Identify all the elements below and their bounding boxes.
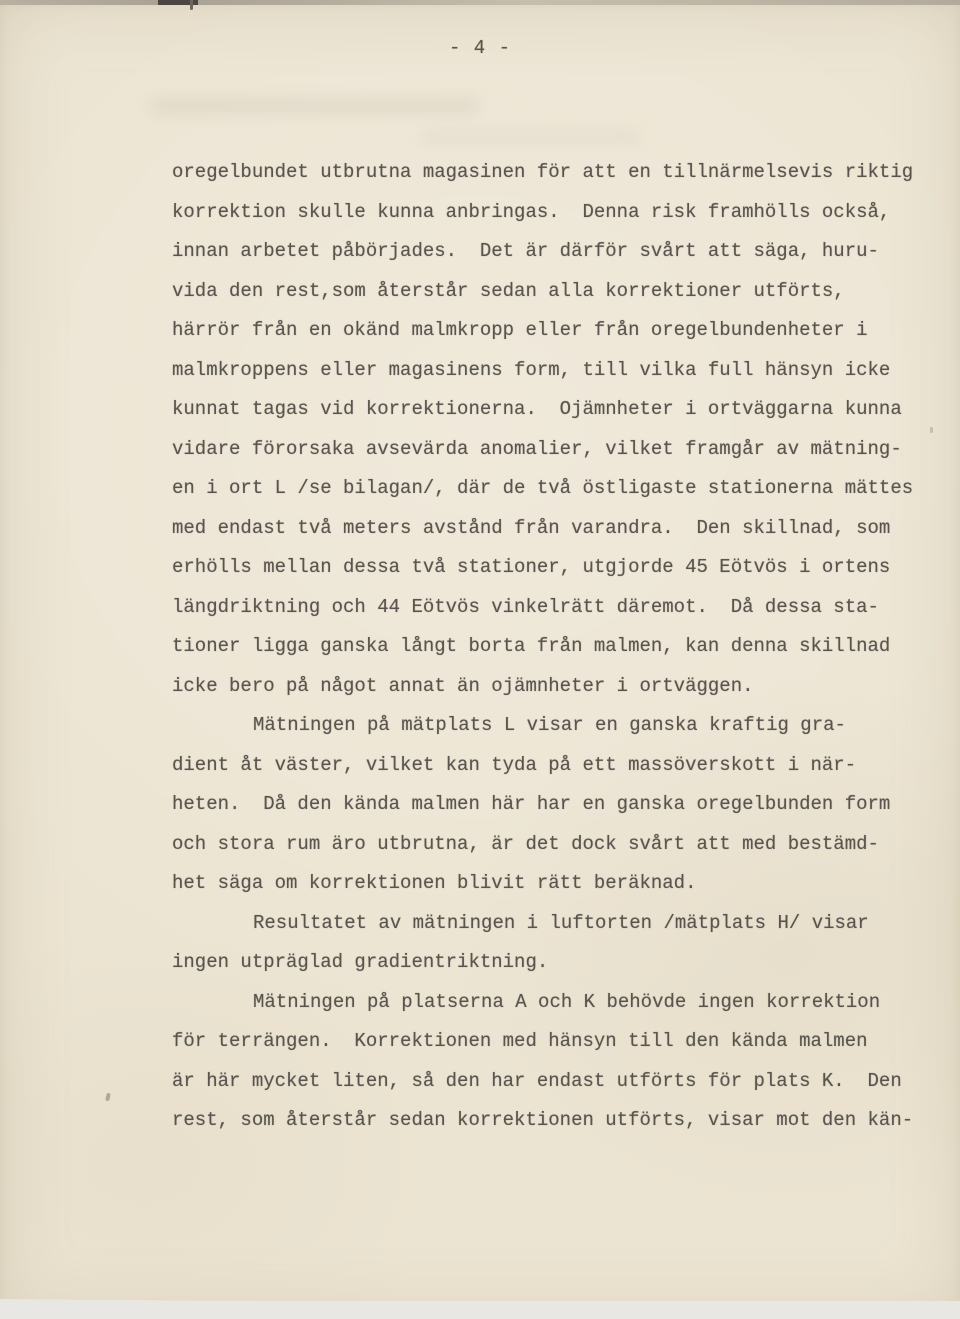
paper-sheet: - 4 - oregelbundet utbrutna magasinen fö… (0, 3, 960, 1319)
text-line: korrektion skulle kunna anbringas. Denna… (172, 193, 942, 233)
text-line: tioner ligga ganska långt borta från mal… (172, 627, 942, 667)
text-line: erhölls mellan dessa två stationer, utgj… (172, 548, 942, 588)
ink-speck (930, 427, 933, 433)
scanned-document-page: - 4 - oregelbundet utbrutna magasinen fö… (0, 0, 960, 1319)
text-line: härrör från en okänd malmkropp eller frå… (172, 311, 942, 351)
bleed-through-smudge (150, 98, 480, 114)
text-line: längdriktning och 44 Eötvös vinkelrätt d… (172, 588, 942, 628)
page-number: - 4 - (0, 37, 960, 59)
text-line: innan arbetet påbörjades. Det är därför … (172, 232, 942, 272)
text-line: rest, som återstår sedan korrektionen ut… (172, 1101, 942, 1141)
text-line: vidare förorsaka avsevärda anomalier, vi… (172, 430, 942, 470)
text-line: kunnat tagas vid korrektionerna. Ojämnhe… (172, 390, 942, 430)
text-line: Mätningen på mätplats L visar en ganska … (172, 706, 942, 746)
text-line: ingen utpräglad gradientriktning. (172, 943, 942, 983)
text-line: malmkroppens eller magasinens form, till… (172, 351, 942, 391)
ink-speck (105, 1093, 111, 1102)
text-line: heten. Då den kända malmen här har en ga… (172, 785, 942, 825)
scan-top-edge (0, 0, 960, 5)
text-line: är här mycket liten, så den har endast u… (172, 1062, 942, 1102)
body-text: oregelbundet utbrutna magasinen för att … (172, 153, 942, 1141)
scan-edge-tick-mark (190, 0, 193, 10)
text-line: och stora rum äro utbrutna, är det dock … (172, 825, 942, 865)
bleed-through-smudge (420, 131, 640, 143)
text-line: med endast två meters avstånd från varan… (172, 509, 942, 549)
text-line: en i ort L /se bilagan/, där de två östl… (172, 469, 942, 509)
text-line: het säga om korrektionen blivit rätt ber… (172, 864, 942, 904)
text-line: Resultatet av mätningen i luftorten /mät… (172, 904, 942, 944)
scanner-background (0, 1301, 960, 1319)
text-line: dient åt väster, vilket kan tyda på ett … (172, 746, 942, 786)
text-line: Mätningen på platserna A och K behövde i… (172, 983, 942, 1023)
text-line: oregelbundet utbrutna magasinen för att … (172, 153, 942, 193)
text-line: vida den rest,som återstår sedan alla ko… (172, 272, 942, 312)
text-line: för terrängen. Korrektionen med hänsyn t… (172, 1022, 942, 1062)
text-line: icke bero på något annat än ojämnheter i… (172, 667, 942, 707)
